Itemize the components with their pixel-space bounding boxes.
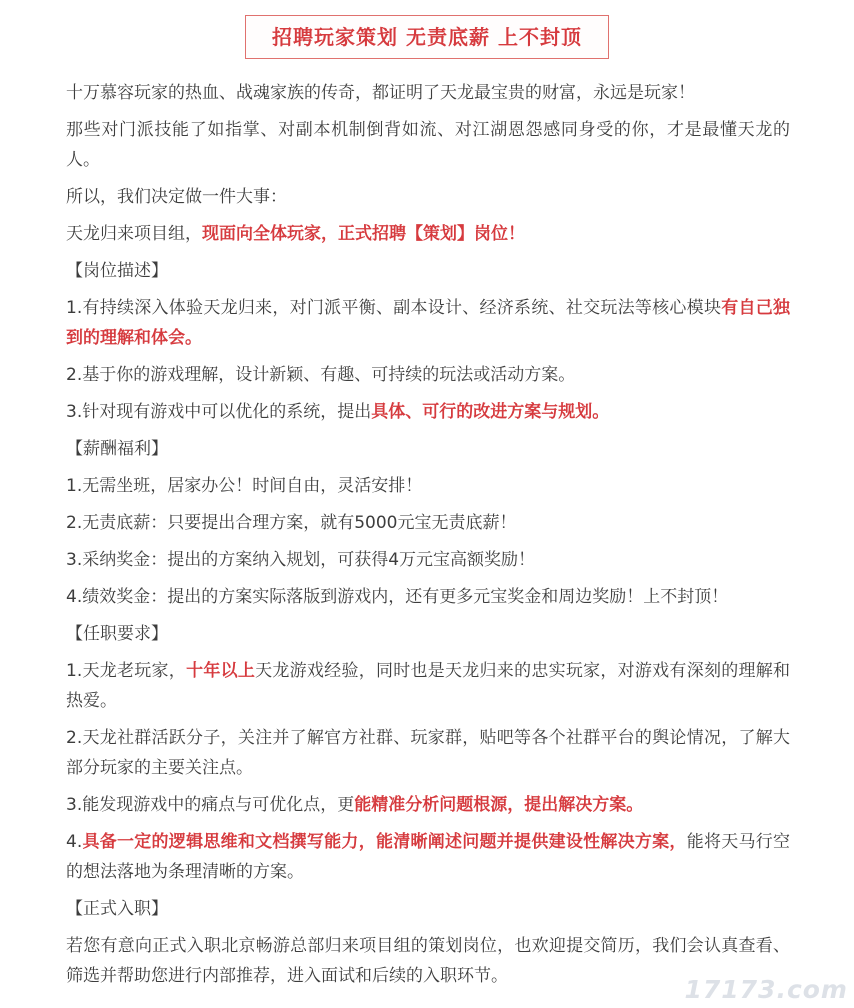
title-banner: 招聘玩家策划 无责底薪 上不封顶 xyxy=(245,15,609,59)
body-text: 4.绩效奖金：提出的方案实际落版到游戏内，还有更多元宝奖金和周边奖励！上不封顶！ xyxy=(66,587,728,607)
body-text: 【任职要求】 xyxy=(66,624,168,644)
paragraph: 1.天龙老玩家，十年以上天龙游戏经验，同时也是天龙归来的忠实玩家，对游戏有深刻的… xyxy=(66,656,790,716)
body-text: 4. xyxy=(66,832,82,852)
paragraph: 3.采纳奖金：提出的方案纳入规划，可获得4万元宝高额奖励！ xyxy=(66,545,790,575)
highlight-text: 能精准分析问题根源，提出解决方案。 xyxy=(354,795,643,815)
body-text: 2.无责底薪：只要提出合理方案，就有5000元宝无责底薪！ xyxy=(66,513,516,533)
paragraph: 【正式入职】 xyxy=(66,894,790,924)
paragraph: 2.天龙社群活跃分子，关注并了解官方社群、玩家群，贴吧等各个社群平台的舆论情况，… xyxy=(66,723,790,783)
title-banner-wrap: 招聘玩家策划 无责底薪 上不封顶 xyxy=(0,0,854,59)
paragraph: 1.有持续深入体验天龙归来，对门派平衡、副本设计、经济系统、社交玩法等核心模块有… xyxy=(66,293,790,353)
body-text: 所以，我们决定做一件大事： xyxy=(66,187,287,207)
body-text: 3.能发现游戏中的痛点与可优化点，更 xyxy=(66,795,354,815)
paragraph: 【薪酬福利】 xyxy=(66,434,790,464)
body-text: 1.天龙老玩家， xyxy=(66,661,186,681)
body-text: 【岗位描述】 xyxy=(66,261,168,281)
article-body: 十万慕容玩家的热血、战魂家族的传奇，都证明了天龙最宝贵的财富，永远是玩家！那些对… xyxy=(66,78,790,991)
paragraph: 若您有意向正式入职北京畅游总部归来项目组的策划岗位，也欢迎提交简历，我们会认真查… xyxy=(66,931,790,991)
paragraph: 天龙归来项目组，现面向全体玩家，正式招聘【策划】岗位！ xyxy=(66,219,790,249)
body-text: 1.无需坐班，居家办公！时间自由，灵活安排！ xyxy=(66,476,422,496)
highlight-text: 十年以上 xyxy=(186,661,255,681)
body-text: 那些对门派技能了如指掌、对副本机制倒背如流、对江湖恩怨感同身受的你，才是最懂天龙… xyxy=(66,120,790,170)
highlight-text: 现面向全体玩家，正式招聘【策划】岗位！ xyxy=(202,224,525,244)
paragraph: 【任职要求】 xyxy=(66,619,790,649)
body-text: 2.基于你的游戏理解，设计新颖、有趣、可持续的玩法或活动方案。 xyxy=(66,365,575,385)
body-text: 【正式入职】 xyxy=(66,899,168,919)
body-text: 若您有意向正式入职北京畅游总部归来项目组的策划岗位，也欢迎提交简历，我们会认真查… xyxy=(66,936,790,986)
body-text: 3.采纳奖金：提出的方案纳入规划，可获得4万元宝高额奖励！ xyxy=(66,550,535,570)
paragraph: 3.能发现游戏中的痛点与可优化点，更能精准分析问题根源，提出解决方案。 xyxy=(66,790,790,820)
highlight-text: 具体、可行的改进方案与规划。 xyxy=(371,402,609,422)
watermark-17173: 17173.com xyxy=(684,975,848,1004)
body-text: 天龙归来项目组， xyxy=(66,224,202,244)
paragraph: 4.绩效奖金：提出的方案实际落版到游戏内，还有更多元宝奖金和周边奖励！上不封顶！ xyxy=(66,582,790,612)
body-text: 【薪酬福利】 xyxy=(66,439,168,459)
body-text: 3.针对现有游戏中可以优化的系统，提出 xyxy=(66,402,371,422)
paragraph: 十万慕容玩家的热血、战魂家族的传奇，都证明了天龙最宝贵的财富，永远是玩家！ xyxy=(66,78,790,108)
paragraph: 3.针对现有游戏中可以优化的系统，提出具体、可行的改进方案与规划。 xyxy=(66,397,790,427)
paragraph: 那些对门派技能了如指掌、对副本机制倒背如流、对江湖恩怨感同身受的你，才是最懂天龙… xyxy=(66,115,790,175)
body-text: 2.天龙社群活跃分子，关注并了解官方社群、玩家群，贴吧等各个社群平台的舆论情况，… xyxy=(66,728,790,778)
body-text: 十万慕容玩家的热血、战魂家族的传奇，都证明了天龙最宝贵的财富，永远是玩家！ xyxy=(66,83,695,103)
paragraph: 2.基于你的游戏理解，设计新颖、有趣、可持续的玩法或活动方案。 xyxy=(66,360,790,390)
paragraph: 4.具备一定的逻辑思维和文档撰写能力，能清晰阐述问题并提供建设性解决方案，能将天… xyxy=(66,827,790,887)
paragraph: 所以，我们决定做一件大事： xyxy=(66,182,790,212)
paragraph: 1.无需坐班，居家办公！时间自由，灵活安排！ xyxy=(66,471,790,501)
body-text: 1.有持续深入体验天龙归来，对门派平衡、副本设计、经济系统、社交玩法等核心模块 xyxy=(66,298,721,318)
highlight-text: 具备一定的逻辑思维和文档撰写能力，能清晰阐述问题并提供建设性解决方案， xyxy=(82,832,686,852)
paragraph: 【岗位描述】 xyxy=(66,256,790,286)
paragraph: 2.无责底薪：只要提出合理方案，就有5000元宝无责底薪！ xyxy=(66,508,790,538)
